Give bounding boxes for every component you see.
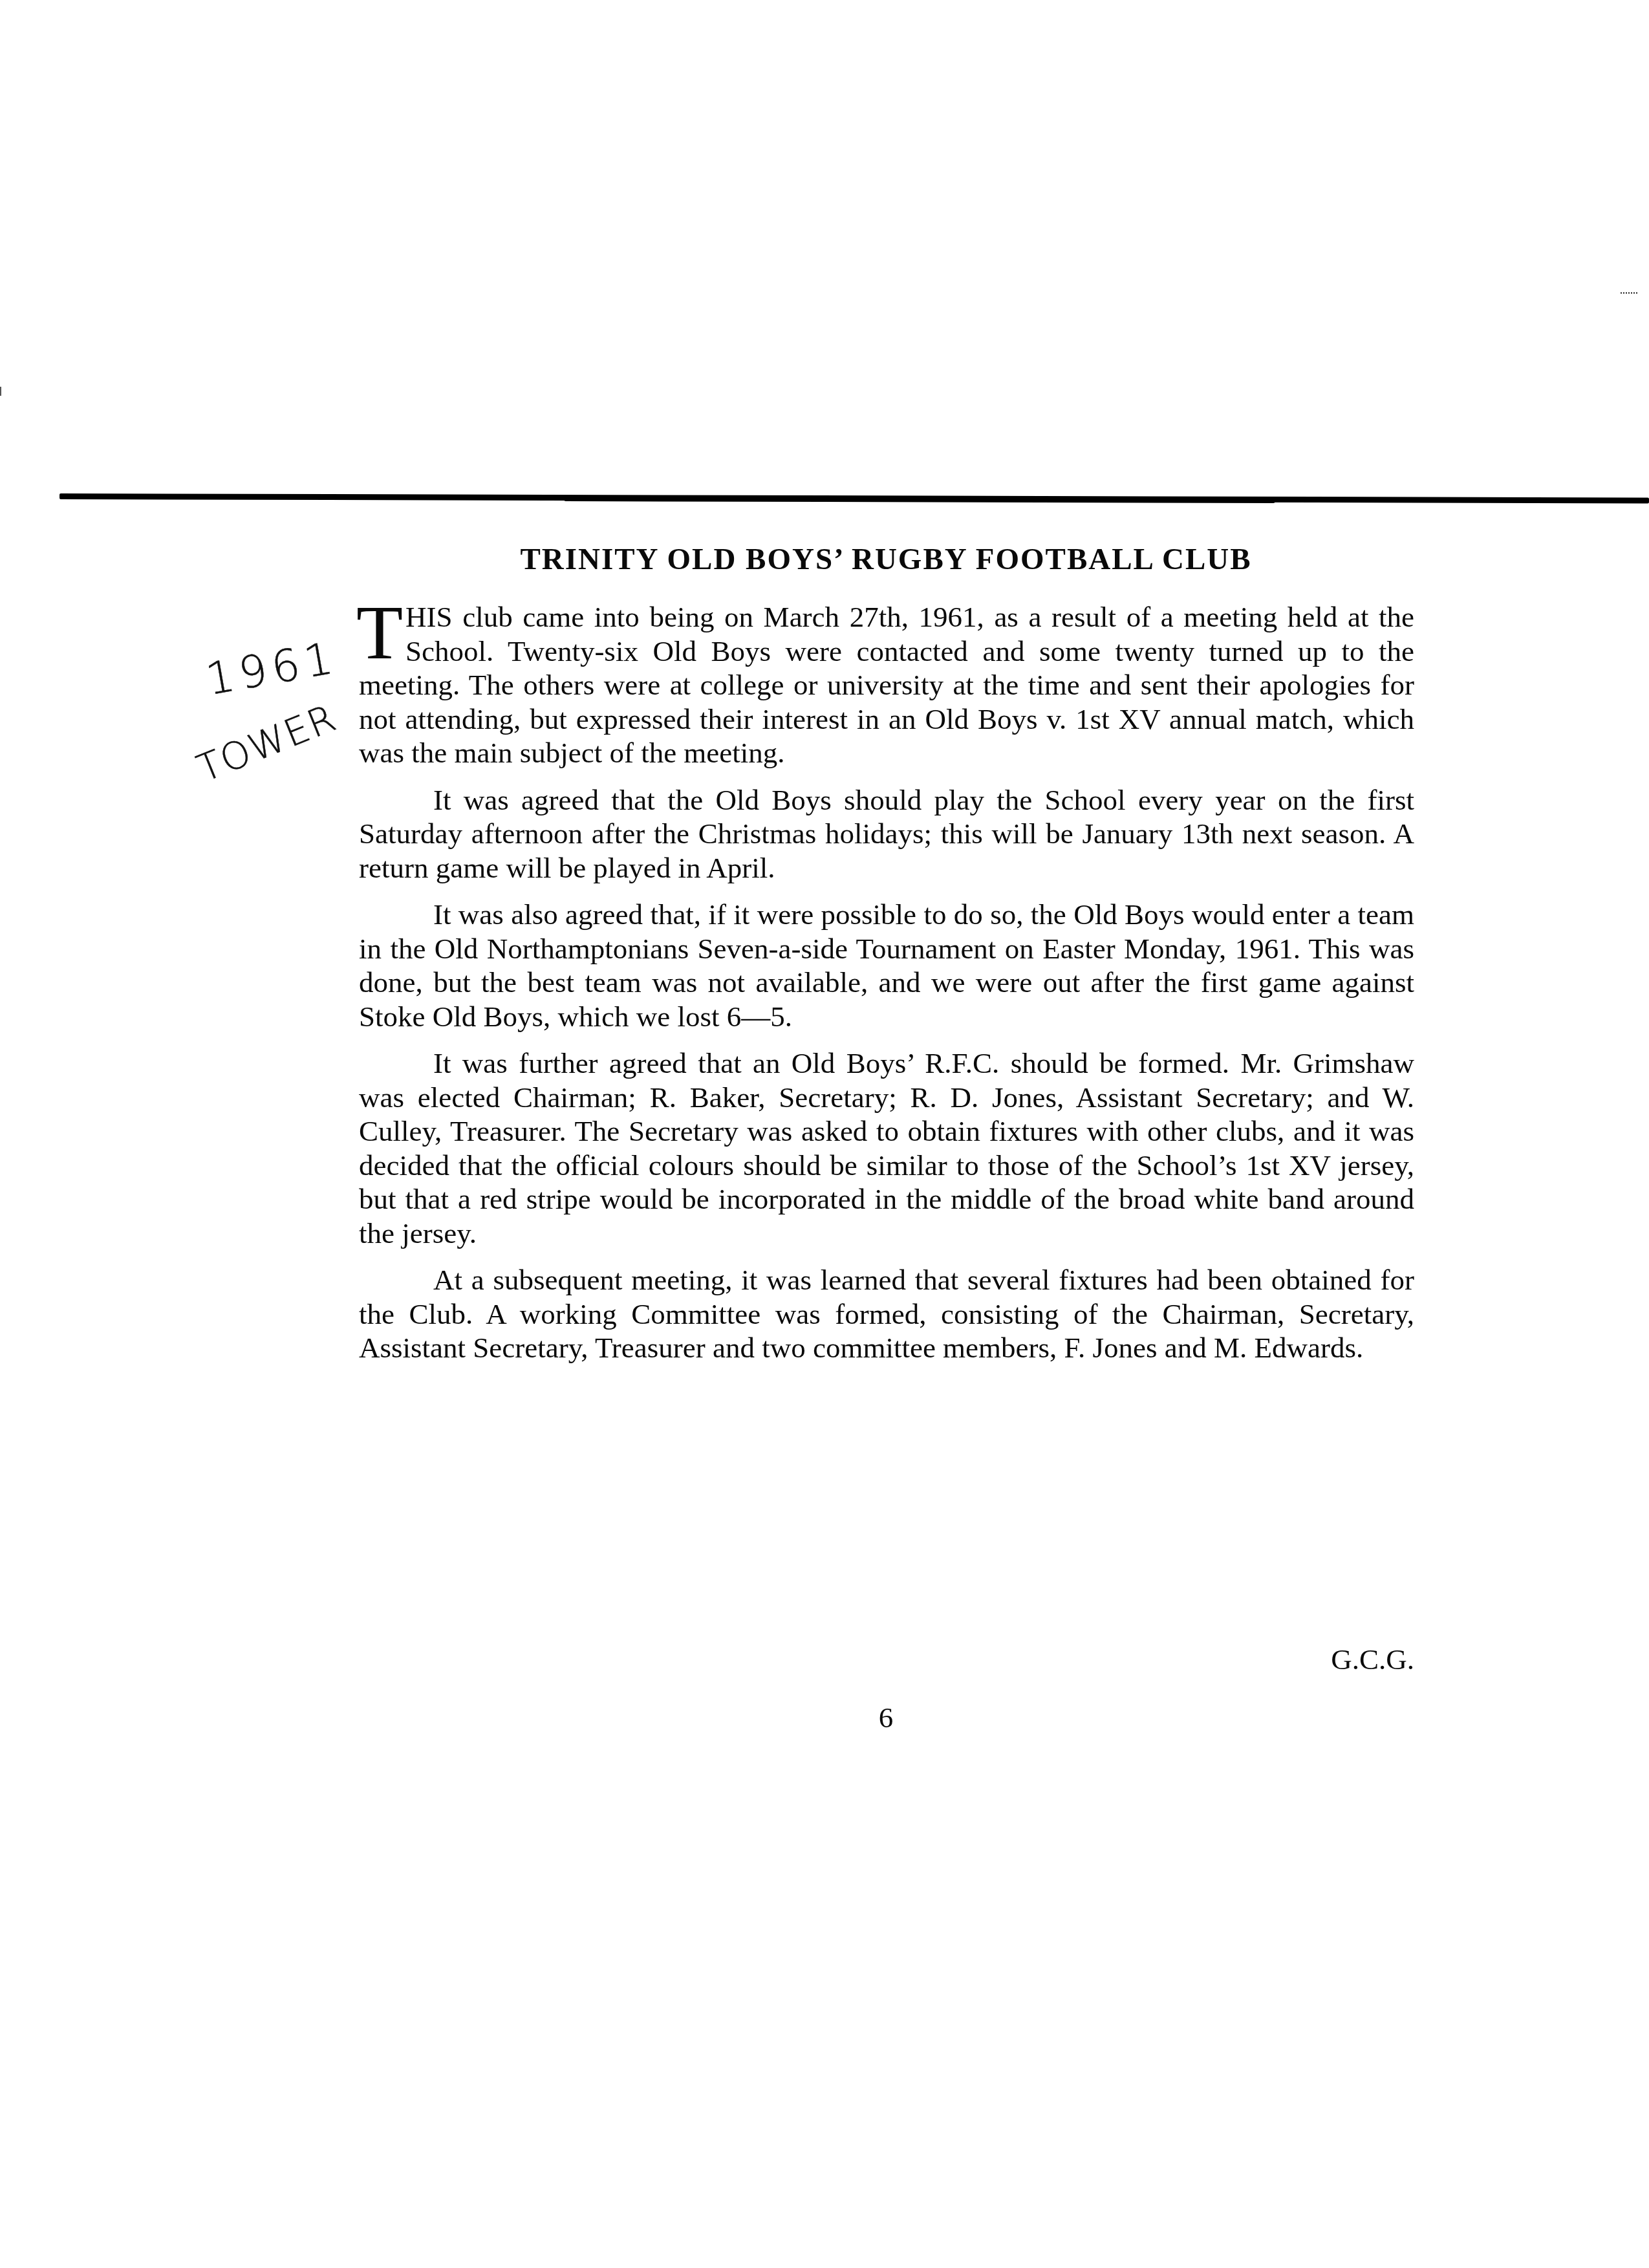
drop-cap: T <box>356 603 403 664</box>
scan-edge-mark <box>0 387 1 396</box>
paragraph-1: THIS club came into being on March 27th,… <box>359 600 1414 770</box>
article-body: THIS club came into being on March 27th,… <box>359 600 1414 1378</box>
author-initials: G.C.G. <box>359 1643 1414 1676</box>
paragraph-4: It was further agreed that an Old Boys’ … <box>359 1046 1414 1250</box>
scan-artifact <box>1621 292 1637 295</box>
page-number: 6 <box>867 1701 905 1734</box>
handwritten-word-annotation: TOWER <box>191 695 342 790</box>
handwritten-year-annotation: 1961 <box>202 632 342 706</box>
paragraph-1-text: HIS club came into being on March 27th, … <box>359 601 1414 769</box>
article-title: TRINITY OLD BOYS’ RUGBY FOOTBALL CLUB <box>359 542 1413 577</box>
page-top-rule <box>59 493 1649 503</box>
paragraph-2: It was agreed that the Old Boys should p… <box>359 783 1414 885</box>
paragraph-3: It was also agreed that, if it were poss… <box>359 898 1414 1033</box>
paragraph-5: At a subsequent meeting, it was learned … <box>359 1263 1414 1365</box>
